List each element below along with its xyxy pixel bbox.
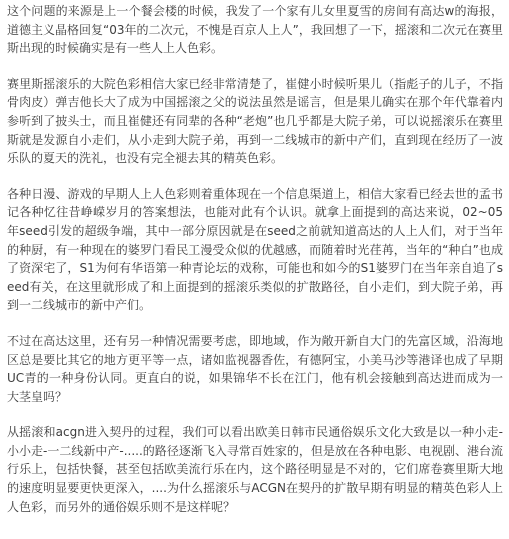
article: 这个问题的来源是上一个餐会楼的时候，我发了一个家有儿女里夏雪的房间有高达w的海报… <box>0 0 509 516</box>
paragraph-region-gundam: 不过在高达这里，还有另一种情况需要考虑，即地域，作为敞开新自大门的先富区域，沿海… <box>7 332 503 406</box>
paragraph-intro: 这个问题的来源是上一个餐会楼的时候，我发了一个家有儿女里夏雪的房间有高达w的海报… <box>7 2 503 58</box>
paragraph-rock-dayuan: 赛里斯摇滚乐的大院色彩相信大家已经非常清楚了，崔健小时候听果儿（指彪子的儿子，不… <box>7 75 503 168</box>
paragraph-conclusion-question: 从摇滚和acgn进入契丹的过程，我们可以看出欧美日韩市民通俗娱乐文化大致是以一种… <box>7 423 503 516</box>
paragraph-anime-games: 各种日漫、游戏的早期人上人色彩则着重体现在一个信息渠道上，相信大家看已经去世的孟… <box>7 185 503 315</box>
